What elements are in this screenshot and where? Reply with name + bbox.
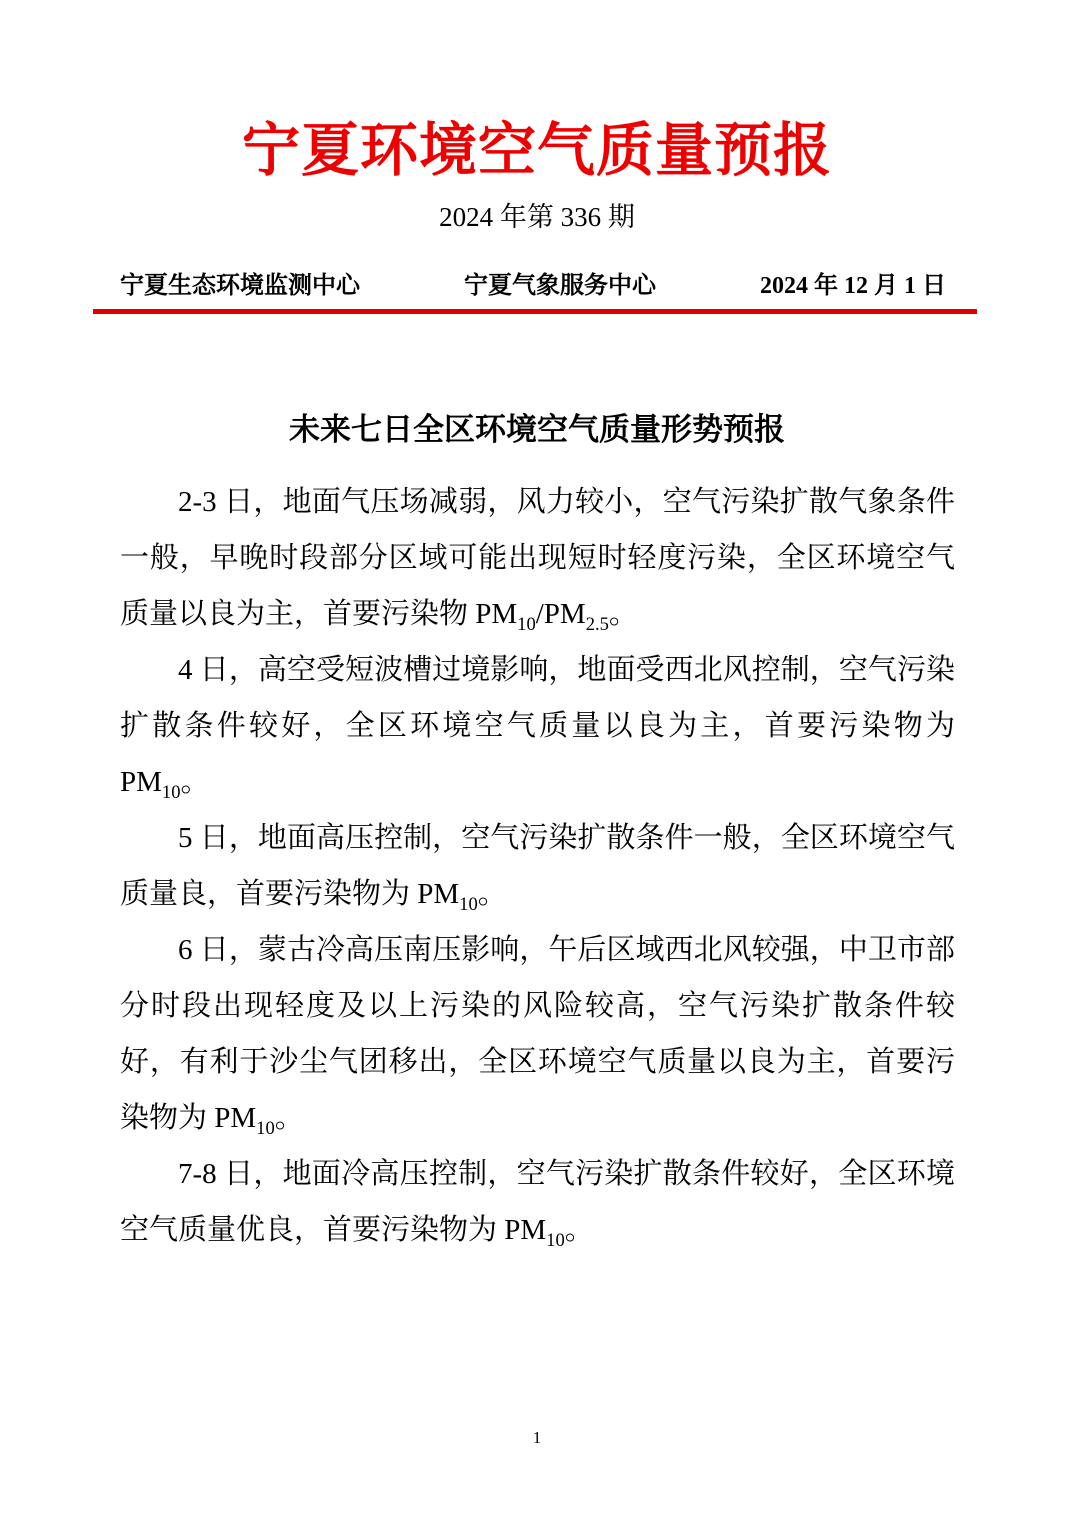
publisher-row: 宁夏生态环境监测中心 宁夏气象服务中心 2024 年 12 月 1 日 — [120, 265, 946, 300]
document-page: 宁夏环境空气质量预报 2024 年第 336 期 宁夏生态环境监测中心 宁夏气象… — [0, 0, 1074, 1520]
forecast-paragraph: 4 日，高空受短波槽过境影响，地面受西北风控制，空气污染扩散条件较好，全区环境空… — [120, 642, 955, 810]
header-rule — [93, 309, 977, 314]
forecast-paragraph: 7-8 日，地面冷高压控制，空气污染扩散条件较好，全区环境空气质量优良，首要污染… — [120, 1146, 955, 1258]
forecast-paragraphs: 2-3 日，地面气压场减弱，风力较小，空气污染扩散气象条件一般，早晚时段部分区域… — [120, 474, 955, 1258]
issue-number: 2024 年第 336 期 — [0, 202, 1074, 233]
page-footer: 1 — [0, 1428, 1074, 1448]
document-title: 宁夏环境空气质量预报 — [0, 116, 1074, 186]
document-header: 宁夏环境空气质量预报 2024 年第 336 期 宁夏生态环境监测中心 宁夏气象… — [0, 0, 1074, 314]
forecast-paragraph: 5 日，地面高压控制，空气污染扩散条件一般，全区环境空气质量良，首要污染物为 P… — [120, 810, 955, 922]
section-title: 未来七日全区环境空气质量形势预报 — [0, 410, 1074, 450]
forecast-paragraph: 6 日，蒙古冷高压南压影响，午后区域西北风较强，中卫市部分时段出现轻度及以上污染… — [120, 922, 955, 1146]
publisher-right: 宁夏气象服务中心 — [464, 265, 656, 300]
forecast-paragraph: 2-3 日，地面气压场减弱，风力较小，空气污染扩散气象条件一般，早晚时段部分区域… — [120, 474, 955, 642]
publisher-left: 宁夏生态环境监测中心 — [120, 265, 360, 300]
issue-date: 2024 年 12 月 1 日 — [760, 265, 946, 300]
page-number: 1 — [533, 1428, 542, 1447]
